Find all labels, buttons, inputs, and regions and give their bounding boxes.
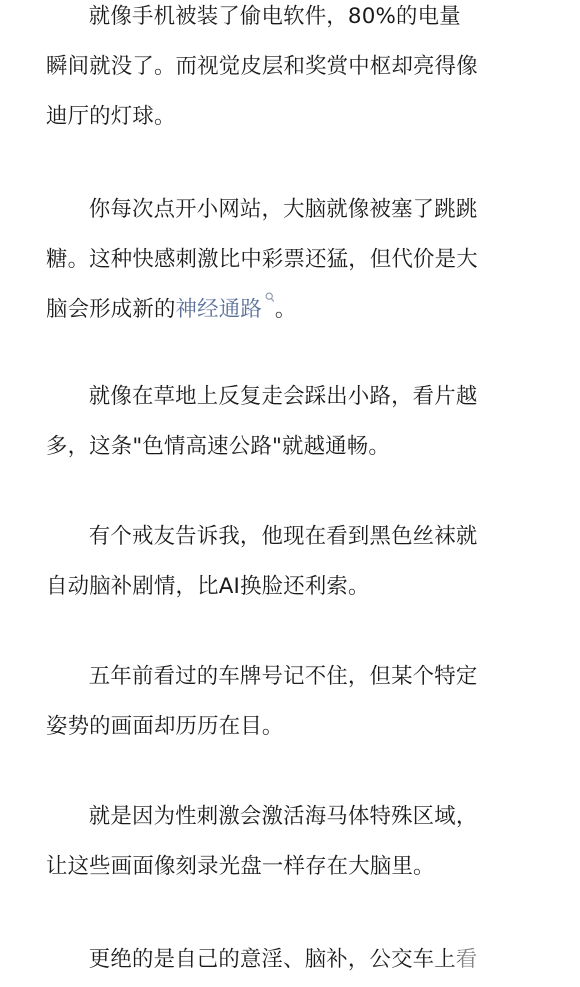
paragraph-hippocampus: 就是因为性刺激会激活海马体特殊区域，让这些画面像刻录光盘一样存在大脑里。 [46,792,478,892]
paragraph-memory: 五年前看过的车牌号记不住，但某个特定姿势的画面却历历在目。 [46,652,478,752]
search-icon[interactable] [265,292,275,306]
paragraph-phone-battery: 就像手机被装了偷电软件，80%的电量瞬间就没了。而视觉皮层和奖赏中枢却亮得像迪厅… [46,0,478,142]
paragraph-neural-pathway: 你每次点开小网站，大脑就像被塞了跳跳糖。这种快感刺激比中彩票还猛，但代价是大脑会… [46,185,478,335]
neural-pathway-link-text[interactable]: 神经通路 [176,297,262,322]
paragraph-text-after-link: 。 [275,297,297,322]
paragraph-friend-story: 有个戒友告诉我，他现在看到黑色丝袜就自动脑补剧情，比AI换脸还利索。 [46,512,478,612]
paragraph-truncated: 更绝的是自己的意淫、脑补，公交车上看 [46,935,477,985]
paragraph-grass-path: 就像在草地上反复走会踩出小路，看片越多，这条"色情高速公路"就越通畅。 [46,372,478,472]
neural-pathway-link[interactable]: 神经通路 [176,297,275,322]
